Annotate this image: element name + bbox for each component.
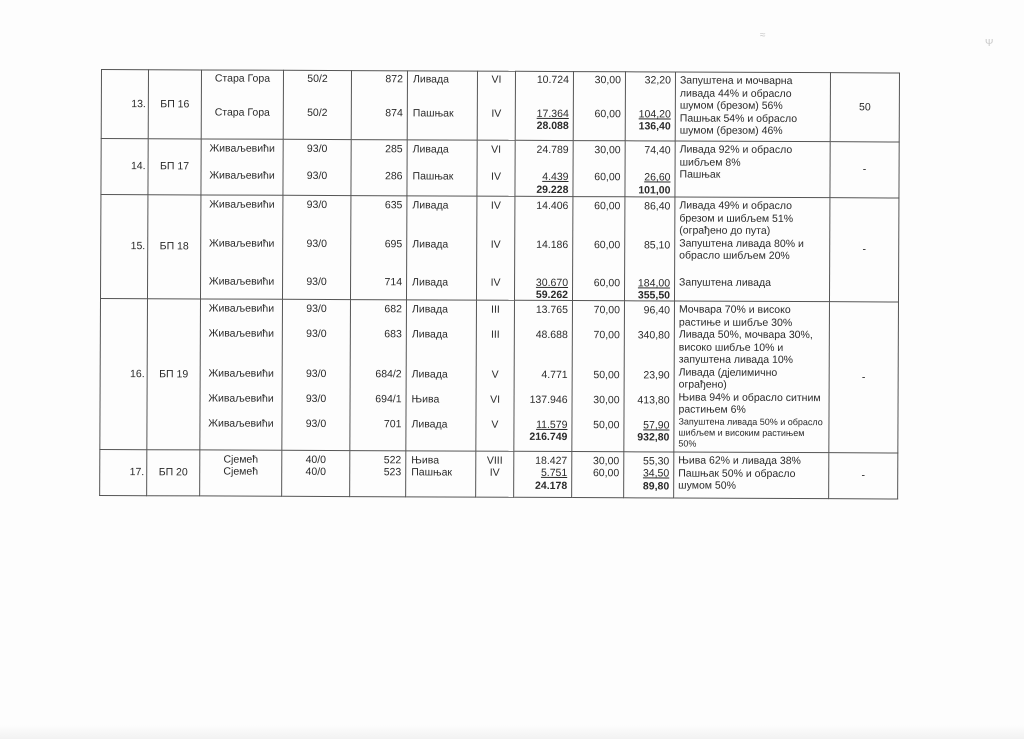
value-value: 85,10 (625, 239, 674, 252)
cell-list: 93/093/093/0 (282, 195, 350, 299)
last-column-value: - (829, 198, 898, 302)
description-line: Запуштена ливада (679, 276, 825, 289)
total-area: 216.749 (514, 431, 571, 444)
value-list: 93/0 (283, 393, 350, 406)
description-line: Ливада 92% и обрасло шибљем 8% (680, 144, 826, 170)
cell-area: 24.7894.43929.228 (515, 140, 573, 196)
value-list: 93/0 (282, 418, 349, 431)
cell-class: VIIV (477, 71, 515, 140)
description-cell: Мочвара 70% и високо растиње и шибље 30%… (674, 301, 830, 453)
value-class: VI (478, 144, 515, 157)
value-class: III (477, 329, 514, 342)
value-area: 11.579 (514, 419, 571, 432)
value-parcel: 683 (351, 328, 406, 341)
value-ko: Живаљевићи (201, 237, 282, 250)
value-culture: Пашњак (406, 466, 475, 479)
value-price: 70,00 (573, 329, 624, 342)
value-value: 184,00 (625, 277, 674, 290)
table-row: 14.БП 17ЖиваљевићиЖиваљевићи93/093/02852… (101, 139, 899, 198)
cell-value: 32,20104,20136,40 (625, 72, 675, 141)
value-parcel: 522 (350, 454, 405, 467)
value-list: 93/0 (283, 303, 350, 316)
value-ko: Сјемећ (200, 453, 281, 466)
table-row: 17.БП 20СјемећСјемећ40/040/0522523ЊиваПа… (100, 449, 898, 498)
value-area: 24.789 (516, 144, 573, 157)
value-list: 93/0 (284, 143, 351, 156)
value-culture: Пашњак (408, 107, 477, 120)
value-class: IV (477, 277, 514, 290)
cell-area: 10.72417.36428.088 (515, 71, 573, 140)
value-list: 93/0 (283, 368, 350, 381)
value-price: 70,00 (573, 304, 624, 317)
value-culture: Ливада (407, 199, 476, 212)
value-price: 60,00 (574, 108, 625, 121)
description-cell: Њива 62% и ливада 38%Пашњак 50% и обрасл… (674, 452, 829, 499)
cell-value: 74,4026,60101,00 (625, 141, 675, 197)
value-ko: Живаљевићи (201, 327, 282, 340)
description-line: Пашњак 50% и обрасло шумом 50% (678, 467, 824, 493)
value-ko: Живаљевићи (201, 392, 282, 405)
cell-ko: ЖиваљевићиЖиваљевићиЖиваљевићи (200, 195, 282, 299)
last-column-value: - (829, 302, 899, 453)
value-ko: Живаљевићи (201, 367, 282, 380)
cell-price: 60,0060,0060,00 (572, 197, 624, 301)
value-list: 40/0 (282, 466, 349, 479)
page-bottom-edge (0, 725, 1024, 739)
cell-parcel: 872874 (351, 71, 407, 140)
value-price: 30,00 (573, 394, 624, 407)
description-line: Запуштена ливада 80% и обрасло шибљем 20… (679, 237, 825, 263)
value-value: 74,40 (626, 144, 675, 157)
cell-parcel: 682683684/2694/1701 (350, 300, 407, 451)
value-list: 93/0 (283, 199, 350, 212)
value-parcel: 874 (352, 107, 407, 120)
value-parcel: 635 (351, 199, 406, 212)
value-class: III (477, 304, 514, 317)
value-class: V (477, 369, 514, 382)
value-ko: Живаљевићи (202, 142, 283, 155)
cell-class: IVIVIV (476, 196, 514, 300)
value-culture: Ливада (407, 238, 476, 251)
value-culture: Њива (406, 454, 475, 467)
value-parcel: 286 (352, 170, 407, 183)
value-list: 50/2 (284, 107, 351, 120)
row-number: 16. (100, 299, 148, 450)
table-row: 15.БП 18ЖиваљевићиЖиваљевићиЖиваљевићи93… (100, 195, 898, 302)
value-value: 96,40 (625, 304, 674, 317)
value-area: 14.406 (515, 200, 572, 213)
value-value: 57,90 (624, 419, 673, 432)
cell-class: VIIIIV (476, 451, 514, 497)
value-list: 93/0 (284, 170, 351, 183)
description-line: Пашњак 54% и обрасло шумом (брезом) 46% (680, 112, 826, 138)
value-value: 340,80 (625, 329, 674, 342)
description-line: Запуштена и мочварна ливада 44% и обрасл… (680, 75, 826, 113)
value-class: VI (478, 74, 515, 87)
value-value: 413,80 (625, 394, 674, 407)
cell-value: 96,40340,8023,90413,8057,90932,80 (624, 301, 675, 452)
value-area: 5.751 (514, 467, 571, 480)
value-price: 60,00 (574, 171, 625, 184)
value-list: 93/0 (283, 276, 350, 289)
value-area: 30.670 (515, 277, 572, 290)
last-column-value: - (830, 142, 899, 198)
description-line: Мочвара 70% и високо растиње и шибље 30% (679, 304, 825, 330)
cell-class: VIIV (477, 140, 515, 196)
value-area: 17.364 (516, 108, 573, 121)
value-value: 86,40 (625, 200, 674, 213)
cell-ko: СјемећСјемећ (200, 450, 282, 496)
value-price: 60,00 (573, 277, 624, 290)
cell-culture: ЛивадаПашњак (407, 140, 477, 196)
value-area: 137.946 (515, 394, 572, 407)
value-culture: Њива (407, 393, 476, 406)
value-class: IV (476, 467, 513, 480)
value-area: 13.765 (515, 304, 572, 317)
value-value: 26,60 (626, 171, 675, 184)
table-row: 16.БП 19ЖиваљевићиЖиваљевићиЖиваљевићиЖи… (100, 299, 899, 453)
last-column-value: 50 (830, 73, 899, 142)
value-price: 30,00 (572, 455, 623, 468)
value-area: 4.439 (516, 171, 573, 184)
total-value: 355,50 (625, 289, 674, 302)
value-culture: Ливада (407, 303, 476, 316)
value-ko: Сјемећ (200, 465, 281, 478)
total-value: 932,80 (624, 431, 673, 444)
description-cell: Ливада 92% и обрасло шибљем 8%Пашњак (675, 141, 830, 198)
value-class: IV (477, 200, 514, 213)
cell-price: 70,0070,0050,0030,0050,00 (572, 301, 625, 452)
value-area: 14.186 (515, 239, 572, 252)
cell-ko: ЖиваљевићиЖиваљевићи (201, 139, 283, 195)
description-cell: Ливада 49% и обрасло брезом и шибљем 51%… (674, 197, 829, 302)
value-parcel: 285 (352, 143, 407, 156)
value-list: 93/0 (283, 238, 350, 251)
value-list: 93/0 (283, 328, 350, 341)
cell-value: 86,4085,10184,00355,50 (624, 197, 674, 301)
value-culture: Пашњак (408, 170, 477, 183)
value-area: 10.724 (516, 74, 573, 87)
cell-list: 40/040/0 (282, 450, 350, 496)
value-price: 60,00 (572, 467, 623, 480)
row-number: 17. (100, 449, 147, 495)
value-price: 60,00 (573, 239, 624, 252)
value-ko: Стара Гора (202, 106, 283, 119)
description-line: Њива 62% и ливада 38% (678, 455, 824, 468)
value-value: 104,20 (626, 108, 675, 121)
value-value: 34,50 (624, 467, 673, 480)
cell-price: 30,0060,00 (573, 72, 625, 141)
total-value: 101,00 (625, 184, 674, 197)
value-parcel: 682 (351, 303, 406, 316)
bp-code: БП 19 (147, 299, 201, 450)
value-class: VI (477, 394, 514, 407)
cell-area: 18.4275.75124.178 (514, 451, 572, 497)
cell-value: 55,3034,5089,80 (624, 452, 674, 498)
value-parcel: 714 (351, 276, 406, 289)
value-price: 30,00 (574, 144, 625, 157)
value-class: IV (477, 239, 514, 252)
value-class: IV (478, 171, 515, 184)
bp-code: БП 16 (148, 70, 201, 139)
total-value: 136,40 (626, 120, 675, 133)
description-line: Пашњак (680, 169, 826, 182)
cell-list: 50/250/2 (283, 70, 351, 139)
value-ko: Живаљевићи (201, 302, 282, 315)
last-column-value: - (829, 453, 898, 499)
description-line: Ливада 49% и обрасло брезом и шибљем 51%… (679, 200, 825, 238)
total-area: 24.178 (514, 480, 571, 493)
cell-parcel: 522523 (350, 451, 406, 497)
value-parcel: 695 (351, 238, 406, 251)
value-price: 30,00 (574, 74, 625, 87)
value-price: 60,00 (573, 200, 624, 213)
cell-price: 30,0060,00 (572, 452, 624, 498)
value-price: 50,00 (572, 419, 623, 432)
value-value: 23,90 (625, 369, 674, 382)
value-parcel: 523 (350, 466, 405, 479)
cell-list: 93/093/093/093/093/0 (282, 299, 351, 450)
value-area: 48.688 (515, 329, 572, 342)
cell-culture: ЛивадаЛивадаЛивадаЊиваЛивада (406, 300, 477, 451)
description-line: Њива 94% и обрасло ситним растињем 6% (678, 391, 824, 417)
description-cell: Запуштена и мочварна ливада 44% и обрасл… (675, 72, 830, 142)
value-ko: Стара Гора (202, 72, 283, 85)
cell-list: 93/093/0 (283, 139, 351, 195)
value-parcel: 694/1 (351, 393, 406, 406)
value-culture: Ливада (408, 143, 477, 156)
value-list: 50/2 (284, 73, 351, 86)
value-ko: Живаљевићи (202, 169, 283, 182)
value-culture: Ливада (406, 418, 475, 431)
value-ko: Живаљевићи (201, 275, 282, 288)
description-line: Запуштена ливада 50% и обрасло шибљем и … (678, 416, 824, 450)
value-area: 4.771 (515, 369, 572, 382)
total-area: 29.228 (515, 184, 572, 197)
value-value: 32,20 (626, 74, 675, 87)
bp-code: БП 20 (147, 450, 200, 496)
row-number: 15. (100, 195, 147, 299)
value-culture: Ливада (407, 276, 476, 289)
cell-area: 14.40614.18630.67059.262 (514, 196, 572, 300)
row-number: 14. (101, 139, 148, 195)
description-line: Ливада (дјелимично ограђено) (679, 366, 825, 392)
total-value: 89,80 (624, 480, 673, 493)
value-value: 55,30 (624, 455, 673, 468)
value-culture: Ливада (407, 368, 476, 381)
value-ko: Живаљевићи (200, 417, 281, 430)
value-culture: Ливада (407, 328, 476, 341)
value-class: V (476, 419, 513, 432)
value-list: 40/0 (282, 454, 349, 467)
value-class: IV (478, 108, 515, 121)
table-row: 13.БП 16Стара ГораСтара Гора50/250/28728… (101, 70, 899, 142)
value-price: 50,00 (573, 369, 624, 382)
value-class: VIII (476, 455, 513, 468)
value-area: 18.427 (514, 455, 571, 468)
scan-artifact: Ψ (985, 38, 993, 49)
scan-artifact: ≈ (760, 30, 766, 41)
cell-culture: ЛивадаЛивадаЛивада (406, 196, 476, 300)
value-parcel: 684/2 (351, 368, 406, 381)
value-ko: Живаљевићи (201, 198, 282, 211)
cell-parcel: 285286 (351, 140, 407, 196)
value-parcel: 872 (352, 73, 407, 86)
cell-culture: ЛивадаПашњак (407, 71, 477, 140)
total-area: 59.262 (515, 289, 572, 302)
value-parcel: 701 (350, 418, 405, 431)
cell-parcel: 635695714 (350, 196, 406, 300)
total-area: 28.088 (516, 120, 573, 133)
bp-code: БП 17 (148, 139, 201, 195)
value-culture: Ливада (408, 73, 477, 86)
row-number: 13. (101, 70, 148, 139)
cell-price: 30,0060,00 (573, 141, 625, 197)
parcel-table: 13.БП 16Стара ГораСтара Гора50/250/28728… (99, 69, 900, 499)
cell-ko: ЖиваљевићиЖиваљевићиЖиваљевићиЖиваљевићи… (200, 299, 283, 450)
cell-ko: Стара ГораСтара Гора (201, 70, 283, 139)
description-line: Ливада 50%, мочвара 30%, високо шибље 10… (679, 329, 825, 367)
bp-code: БП 18 (147, 195, 200, 299)
cell-area: 13.76548.6884.771137.94611.579216.749 (514, 300, 573, 451)
cell-class: IIIIIIVVIV (476, 300, 515, 451)
cell-culture: ЊиваПашњак (406, 451, 476, 497)
